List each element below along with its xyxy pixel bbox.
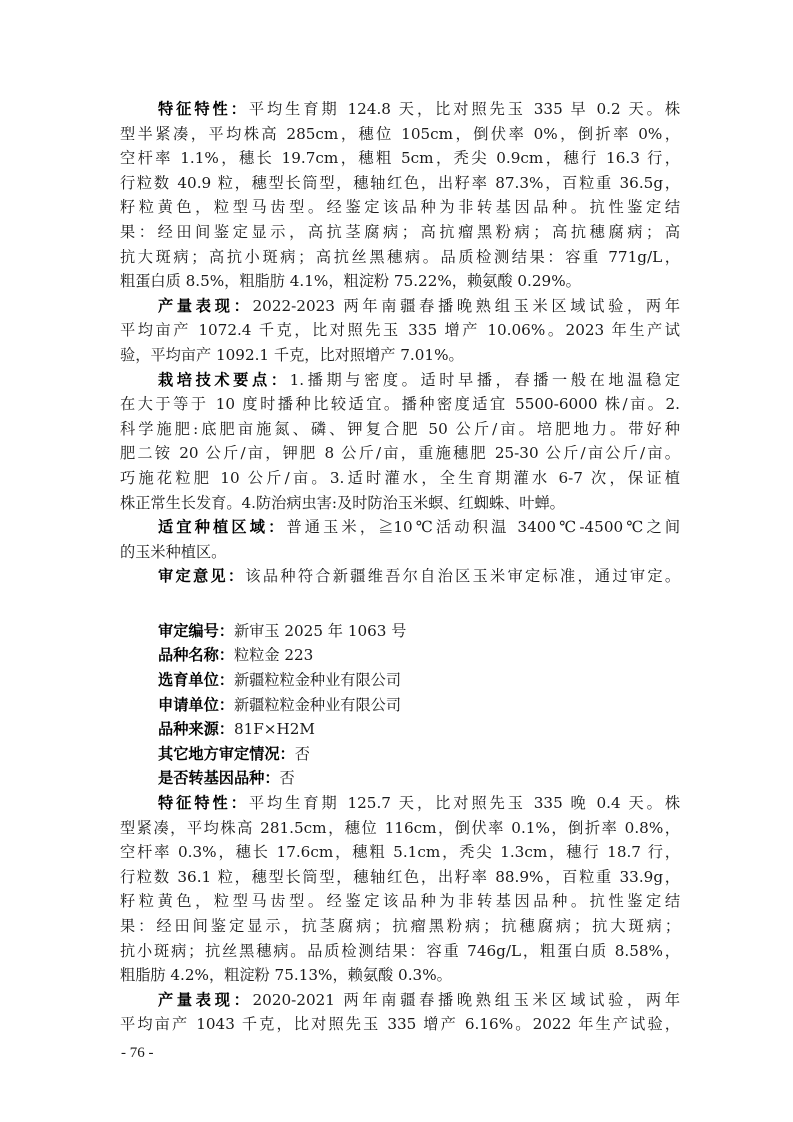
field-breeder: 选育单位：新疆粒粒金种业有限公司 [120, 668, 680, 693]
traits-line: 空杆率 1.1%，穗长 19.7cm，穗粗 5cm，秃尖 0.9cm，穗行 16… [120, 146, 680, 171]
field-applicant: 申请单位：新疆粒粒金种业有限公司 [120, 693, 680, 718]
traits-line: 粗脂肪 4.2%，粗淀粉 75.13%，赖氨酸 0.3%。 [120, 963, 680, 988]
region-line: 的玉米种植区。 [120, 540, 680, 565]
traits-line: 行粒数 40.9 粒，穗型长筒型，穗轴红色，出籽率 87.3%，百粒重 36.5… [120, 171, 680, 196]
traits-line: 型紧凑，平均株高 281.5cm，穗位 116cm，倒伏率 0.1%，倒折率 0… [120, 816, 680, 841]
traits-line: 籽粒黄色，粒型马齿型。经鉴定该品种为非转基因品种。抗性鉴定结 [120, 195, 680, 220]
cultivation-line: 在大于等于 10 度时播种比较适宜。播种密度适宜 5500-6000 株/亩。2… [120, 392, 680, 417]
region-line: 适宜种植区域：普通玉米，≧10℃活动积温 3400℃-4500℃之间 [120, 515, 680, 540]
traits-line: 粗蛋白质 8.5%，粗脂肪 4.1%，粗淀粉 75.22%，赖氨酸 0.29%。 [120, 269, 680, 294]
section-label-yield: 产量表现： [158, 297, 253, 315]
field-other-approvals: 其它地方审定情况：否 [120, 742, 680, 767]
traits-line: 果：经田间鉴定显示，高抗茎腐病；高抗瘤黑粉病；高抗穗腐病；高 [120, 220, 680, 245]
section-label-traits: 特征特性： [158, 794, 249, 812]
section-label-region: 适宜种植区域： [158, 518, 286, 536]
traits-line: 籽粒黄色，粒型马齿型。经鉴定该品种为非转基因品种。抗性鉴定结 [120, 889, 680, 914]
traits-line: 空杆率 0.3%，穗长 17.6cm，穗粗 5.1cm，秃尖 1.3cm，穗行 … [120, 840, 680, 865]
yield-line: 平均亩产 1072.4 千克，比对照先玉 335 增产 10.06%。2023 … [120, 318, 680, 343]
traits-line: 特征特性：平均生育期 124.8 天，比对照先玉 335 早 0.2 天。株 [120, 97, 680, 122]
section-label-cultivation: 栽培技术要点： [158, 371, 290, 389]
cultivation-line: 巧施花粒肥 10 公斤/亩。3.适时灌水，全生育期灌水 6-7 次，保证植 [120, 466, 680, 491]
cultivation-line: 栽培技术要点：1.播期与密度。适时早播，春播一般在地温稳定 [120, 368, 680, 393]
traits-line: 果：经田间鉴定显示，抗茎腐病；抗瘤黑粉病；抗穗腐病；抗大斑病； [120, 914, 680, 939]
section-label-opinion: 审定意见： [158, 567, 245, 585]
yield-line: 产量表现：2022-2023 两年南疆春播晚熟组玉米区域试验，两年 [120, 294, 680, 319]
yield-line: 产量表现：2020-2021 两年南疆春播晚熟组玉米区域试验，两年 [120, 988, 680, 1013]
document-page: 特征特性：平均生育期 124.8 天，比对照先玉 335 早 0.2 天。株 型… [120, 97, 680, 1037]
cultivation-line: 株正常生长发育。4.防治病虫害:及时防治玉米螟、红蜘蛛、叶蝉。 [120, 491, 680, 516]
section-label-yield: 产量表现： [158, 991, 253, 1009]
traits-line: 抗小斑病；抗丝黑穗病。品质检测结果：容重 746g/L，粗蛋白质 8.58%， [120, 939, 680, 964]
traits-line: 行粒数 36.1 粒，穗型长筒型，穗轴红色，出籽率 88.9%，百粒重 33.9… [120, 865, 680, 890]
traits-line: 型半紧凑，平均株高 285cm，穗位 105cm，倒伏率 0%，倒折率 0%， [120, 122, 680, 147]
cultivation-line: 肥二铵 20 公斤/亩，钾肥 8 公斤/亩，重施穗肥 25-30 公斤/亩公斤/… [120, 441, 680, 466]
field-source: 品种来源：81F×H2M [120, 717, 680, 742]
field-variety-name: 品种名称：粒粒金 223 [120, 643, 680, 668]
field-approval-number: 审定编号：新审玉 2025 年 1063 号 [120, 619, 680, 644]
entry-separator [120, 589, 680, 619]
section-label-traits: 特征特性： [158, 100, 249, 118]
traits-line: 特征特性：平均生育期 125.7 天，比对照先玉 335 晚 0.4 天。株 [120, 791, 680, 816]
yield-line: 平均亩产 1043 千克，比对照先玉 335 增产 6.16%。2022 年生产… [120, 1012, 680, 1037]
opinion-line: 审定意见：该品种符合新疆维吾尔自治区玉米审定标准，通过审定。 [120, 564, 680, 589]
cultivation-line: 科学施肥:底肥亩施氮、磷、钾复合肥 50 公斤/亩。培肥地力。带好种 [120, 417, 680, 442]
yield-line: 验，平均亩产 1092.1 千克，比对照增产 7.01%。 [120, 343, 680, 368]
page-number: - 76 - [121, 1045, 154, 1062]
traits-line: 抗大斑病；高抗小斑病；高抗丝黑穗病。品质检测结果：容重 771g/L， [120, 245, 680, 270]
field-gmo: 是否转基因品种：否 [120, 766, 680, 791]
